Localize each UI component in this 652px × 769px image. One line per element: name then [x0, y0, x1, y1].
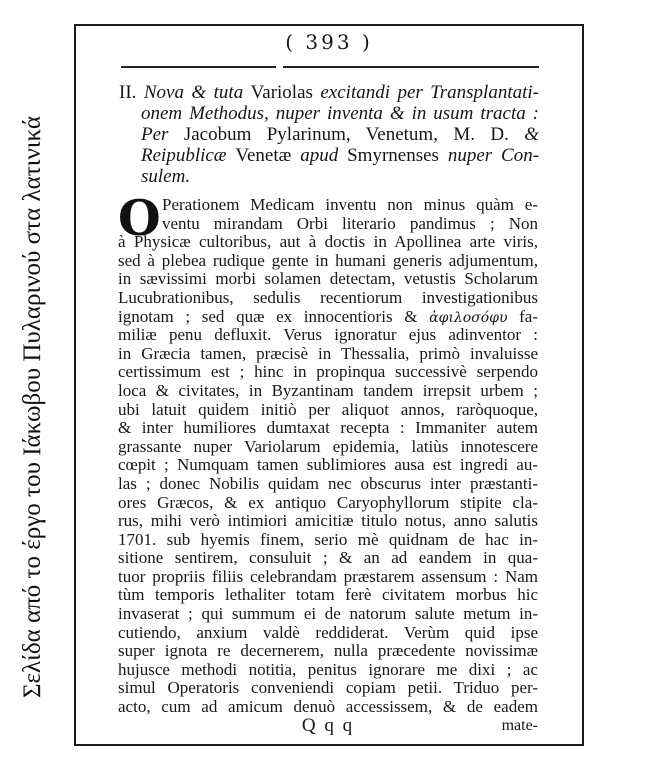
body-line: in sævissimi morbi solamen detectam, vet… — [118, 270, 538, 289]
body-line: tuor propriis filiis celebrandam præstar… — [118, 568, 538, 587]
body-line: 1701. sub hyemis finem, serio mè quidnam… — [118, 531, 538, 550]
heading-line: onem Methodus, nuper inventa & in usum t… — [119, 103, 539, 124]
header-rule — [121, 66, 539, 68]
heading-text: sulem. — [141, 166, 190, 187]
body-line: super ignota re decernerem, nulla præced… — [118, 642, 538, 661]
heading-text: Venetæ — [235, 145, 300, 166]
body-line: ventu mirandam Orbi literario pandimus ;… — [118, 215, 538, 234]
body-line: ores Græcos, & ex antiquo Caryophyllorum… — [118, 494, 538, 513]
heading-line: Per Jacobum Pylarinum, Venetum, M. D. & — [119, 124, 539, 145]
body-line: miliæ penu defluxit. Verus ignoratur eju… — [118, 326, 538, 345]
body-line: hujusce methodi notitia, penitus ignorar… — [118, 661, 538, 680]
heading-text: onem Methodus, nuper inventa & in usum t… — [141, 103, 539, 124]
body-line: acto, cum ad amicum denuò accessissem, &… — [118, 698, 538, 717]
heading-text: Reipublicæ — [141, 145, 235, 166]
body-line: in Græcia tamen, præcisè in Thessalia, p… — [118, 345, 538, 364]
body-line: cutiendo, anxium valdè reddiderat. Verùm… — [118, 624, 538, 643]
heading-line: Reipublicæ Venetæ apud Smyrnenses nuper … — [119, 145, 539, 166]
body-line: las ; donec Nobilis quidam nec obscurus … — [118, 475, 538, 494]
article-body: O Perationem Medicam inventu non minus q… — [118, 196, 538, 735]
heading-line: sulem. — [119, 166, 539, 187]
heading-text: Variolas — [251, 82, 321, 103]
body-line: Perationem Medicam inventu non minus quà… — [118, 196, 538, 215]
body-line: rus, mihi verò intimiori amicitiæ titulo… — [118, 512, 538, 531]
heading-text: Nova & tuta — [144, 82, 251, 103]
footer-line: Q q qmate- — [118, 717, 538, 736]
heading-text: Smyrnenses — [347, 145, 448, 166]
body-line: Lucubrationibus, sedulis recentiorum inv… — [118, 289, 538, 308]
page-number: ( 393 ) — [76, 30, 582, 54]
heading-text: Per — [141, 124, 184, 145]
body-line: certissimum est ; hinc in propinqua succ… — [118, 363, 538, 382]
body-line: tùm temporis lethaliter totam ferè civit… — [118, 586, 538, 605]
vertical-caption: Σελίδα από το έργο του Ιάκωβου Πυλαρινού… — [18, 87, 48, 727]
body-line: ignotam ; sed quæ ex innocentioris & ἀφι… — [118, 308, 538, 327]
body-line: à Physicæ cultoribus, aut à doctis in Ap… — [118, 233, 538, 252]
heading-text: excitandi per Transplantati- — [320, 82, 539, 103]
heading-text: nuper Con- — [448, 145, 539, 166]
article-heading: II. Nova & tuta Variolas excitandi per T… — [119, 82, 539, 187]
body-line: cœpit ; Numquam tamen sublimiores ausa e… — [118, 456, 538, 475]
heading-text: apud — [300, 145, 347, 166]
body-line: sed à plebea rudique gente in humani gen… — [118, 252, 538, 271]
section-number: II. — [119, 82, 144, 103]
book-page-scan: ( 393 ) II. Nova & tuta Variolas excitan… — [74, 24, 584, 746]
body-line: sitione sentirem, consuluit ; & an ad ea… — [118, 549, 538, 568]
catchword: mate- — [502, 717, 538, 736]
signature-mark: Q q q — [118, 717, 538, 736]
heading-text: Jacobum Pylarinum, Venetum, M. D. — [184, 124, 524, 145]
heading-text: & — [524, 124, 539, 145]
body-line: loca & civitates, in Byzantinam tandem i… — [118, 382, 538, 401]
body-line: invaserat ; qui summum ei de natorum sal… — [118, 605, 538, 624]
body-line: ubi latuit quidem initiò per aliquot ann… — [118, 401, 538, 420]
body-line: grassante nuper Variolarum epidemia, lat… — [118, 438, 538, 457]
greek-word: ἀφιλοσόφυ — [429, 310, 507, 326]
header-rule-gap — [276, 66, 283, 68]
drop-cap: O — [118, 198, 161, 238]
heading-line: II. Nova & tuta Variolas excitandi per T… — [119, 82, 539, 103]
body-line: & inter humiliores dumtaxat recepta : Im… — [118, 419, 538, 438]
body-line: simul Operatoris conveniendi copiam peti… — [118, 679, 538, 698]
